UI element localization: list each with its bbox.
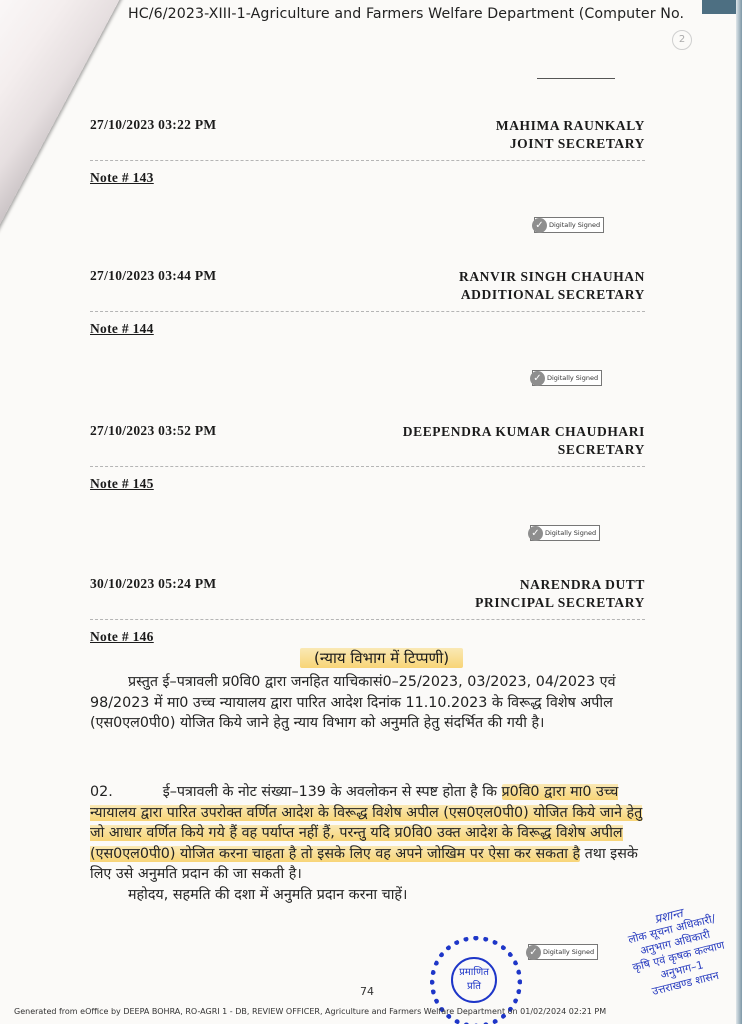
digital-signature-badge: ✓ Digitally Signed [530, 525, 600, 541]
checkmark-icon: ✓ [526, 945, 541, 960]
note-number: Note # 144 [90, 321, 154, 337]
signer-name: NARENDRA DUTT [475, 576, 645, 594]
signer-designation: ADDITIONAL SECRETARY [459, 286, 645, 304]
document-page: HC/6/2023-XIII-1-Agriculture and Farmers… [0, 0, 742, 1024]
entry-date: 27/10/2023 03:22 PM [90, 117, 216, 133]
paragraph-1: प्रस्तुत ई–पत्रावली प्र0वि0 द्वारा जनहित… [90, 672, 650, 734]
entry-date: 27/10/2023 03:44 PM [90, 268, 216, 284]
file-reference-header: HC/6/2023-XIII-1-Agriculture and Farmers… [128, 6, 684, 22]
stamp-text: प्रति [453, 980, 495, 994]
paragraph-number: 02. [90, 784, 113, 800]
signature-label: Digitally Signed [545, 529, 596, 537]
signer-block: RANVIR SINGH CHAUHAN ADDITIONAL SECRETAR… [459, 268, 645, 304]
entry-date: 30/10/2023 05:24 PM [90, 576, 216, 592]
signature-label: Digitally Signed [543, 948, 594, 956]
paragraph-3-text: महोदय, सहमति की दशा में अनुमति प्रदान कर… [128, 887, 407, 903]
page-edge-shadow [736, 0, 742, 1024]
handwritten-endorsement: प्रशान्त लोक सूचना अधिकारी/ अनुभाग अधिका… [604, 894, 742, 1007]
paragraph-2: 02.ई–पत्रावली के नोट संख्या–139 के अवलोक… [90, 782, 650, 906]
digital-signature-badge: ✓ Digitally Signed [534, 217, 604, 233]
signer-designation: SECRETARY [403, 441, 645, 459]
signer-designation: PRINCIPAL SECRETARY [475, 594, 645, 612]
page-number: 74 [360, 985, 374, 998]
separator-line [537, 78, 615, 79]
stamp-text: प्रमाणित [453, 966, 495, 980]
paragraph-1-text: प्रस्तुत ई–पत्रावली प्र0वि0 द्वारा जनहित… [90, 674, 616, 731]
signer-designation: JOINT SECRETARY [496, 135, 645, 153]
digital-signature-badge: ✓ Digitally Signed [528, 944, 598, 960]
paragraph-2-intro: ई–पत्रावली के नोट संख्या–139 के अवलोकन स… [163, 784, 502, 800]
note-number: Note # 143 [90, 170, 154, 186]
divider [90, 619, 645, 620]
signer-block: DEEPENDRA KUMAR CHAUDHARI SECRETARY [403, 423, 645, 459]
entry-date: 27/10/2023 03:52 PM [90, 423, 216, 439]
paragraph-3: महोदय, सहमति की दशा में अनुमति प्रदान कर… [90, 885, 650, 906]
checkmark-icon: ✓ [532, 218, 547, 233]
note-title: (न्याय विभाग में टिप्पणी) [300, 648, 463, 668]
divider [90, 466, 645, 467]
stamp-center: प्रमाणित प्रति [451, 957, 497, 1003]
note-number: Note # 146 [90, 629, 154, 645]
signature-label: Digitally Signed [547, 374, 598, 382]
checkmark-icon: ✓ [528, 526, 543, 541]
page-mark: 2 [672, 30, 692, 50]
signer-name: RANVIR SINGH CHAUHAN [459, 268, 645, 286]
divider [90, 311, 645, 312]
signer-name: DEEPENDRA KUMAR CHAUDHARI [403, 423, 645, 441]
note-number: Note # 145 [90, 476, 154, 492]
digital-signature-badge: ✓ Digitally Signed [532, 370, 602, 386]
signer-block: MAHIMA RAUNKALY JOINT SECRETARY [496, 117, 645, 153]
checkmark-icon: ✓ [530, 371, 545, 386]
signer-name: MAHIMA RAUNKALY [496, 117, 645, 135]
signer-block: NARENDRA DUTT PRINCIPAL SECRETARY [475, 576, 645, 612]
divider [90, 160, 645, 161]
signature-label: Digitally Signed [549, 221, 600, 229]
generated-footer: Generated from eOffice by DEEPA BOHRA, R… [14, 1007, 606, 1016]
